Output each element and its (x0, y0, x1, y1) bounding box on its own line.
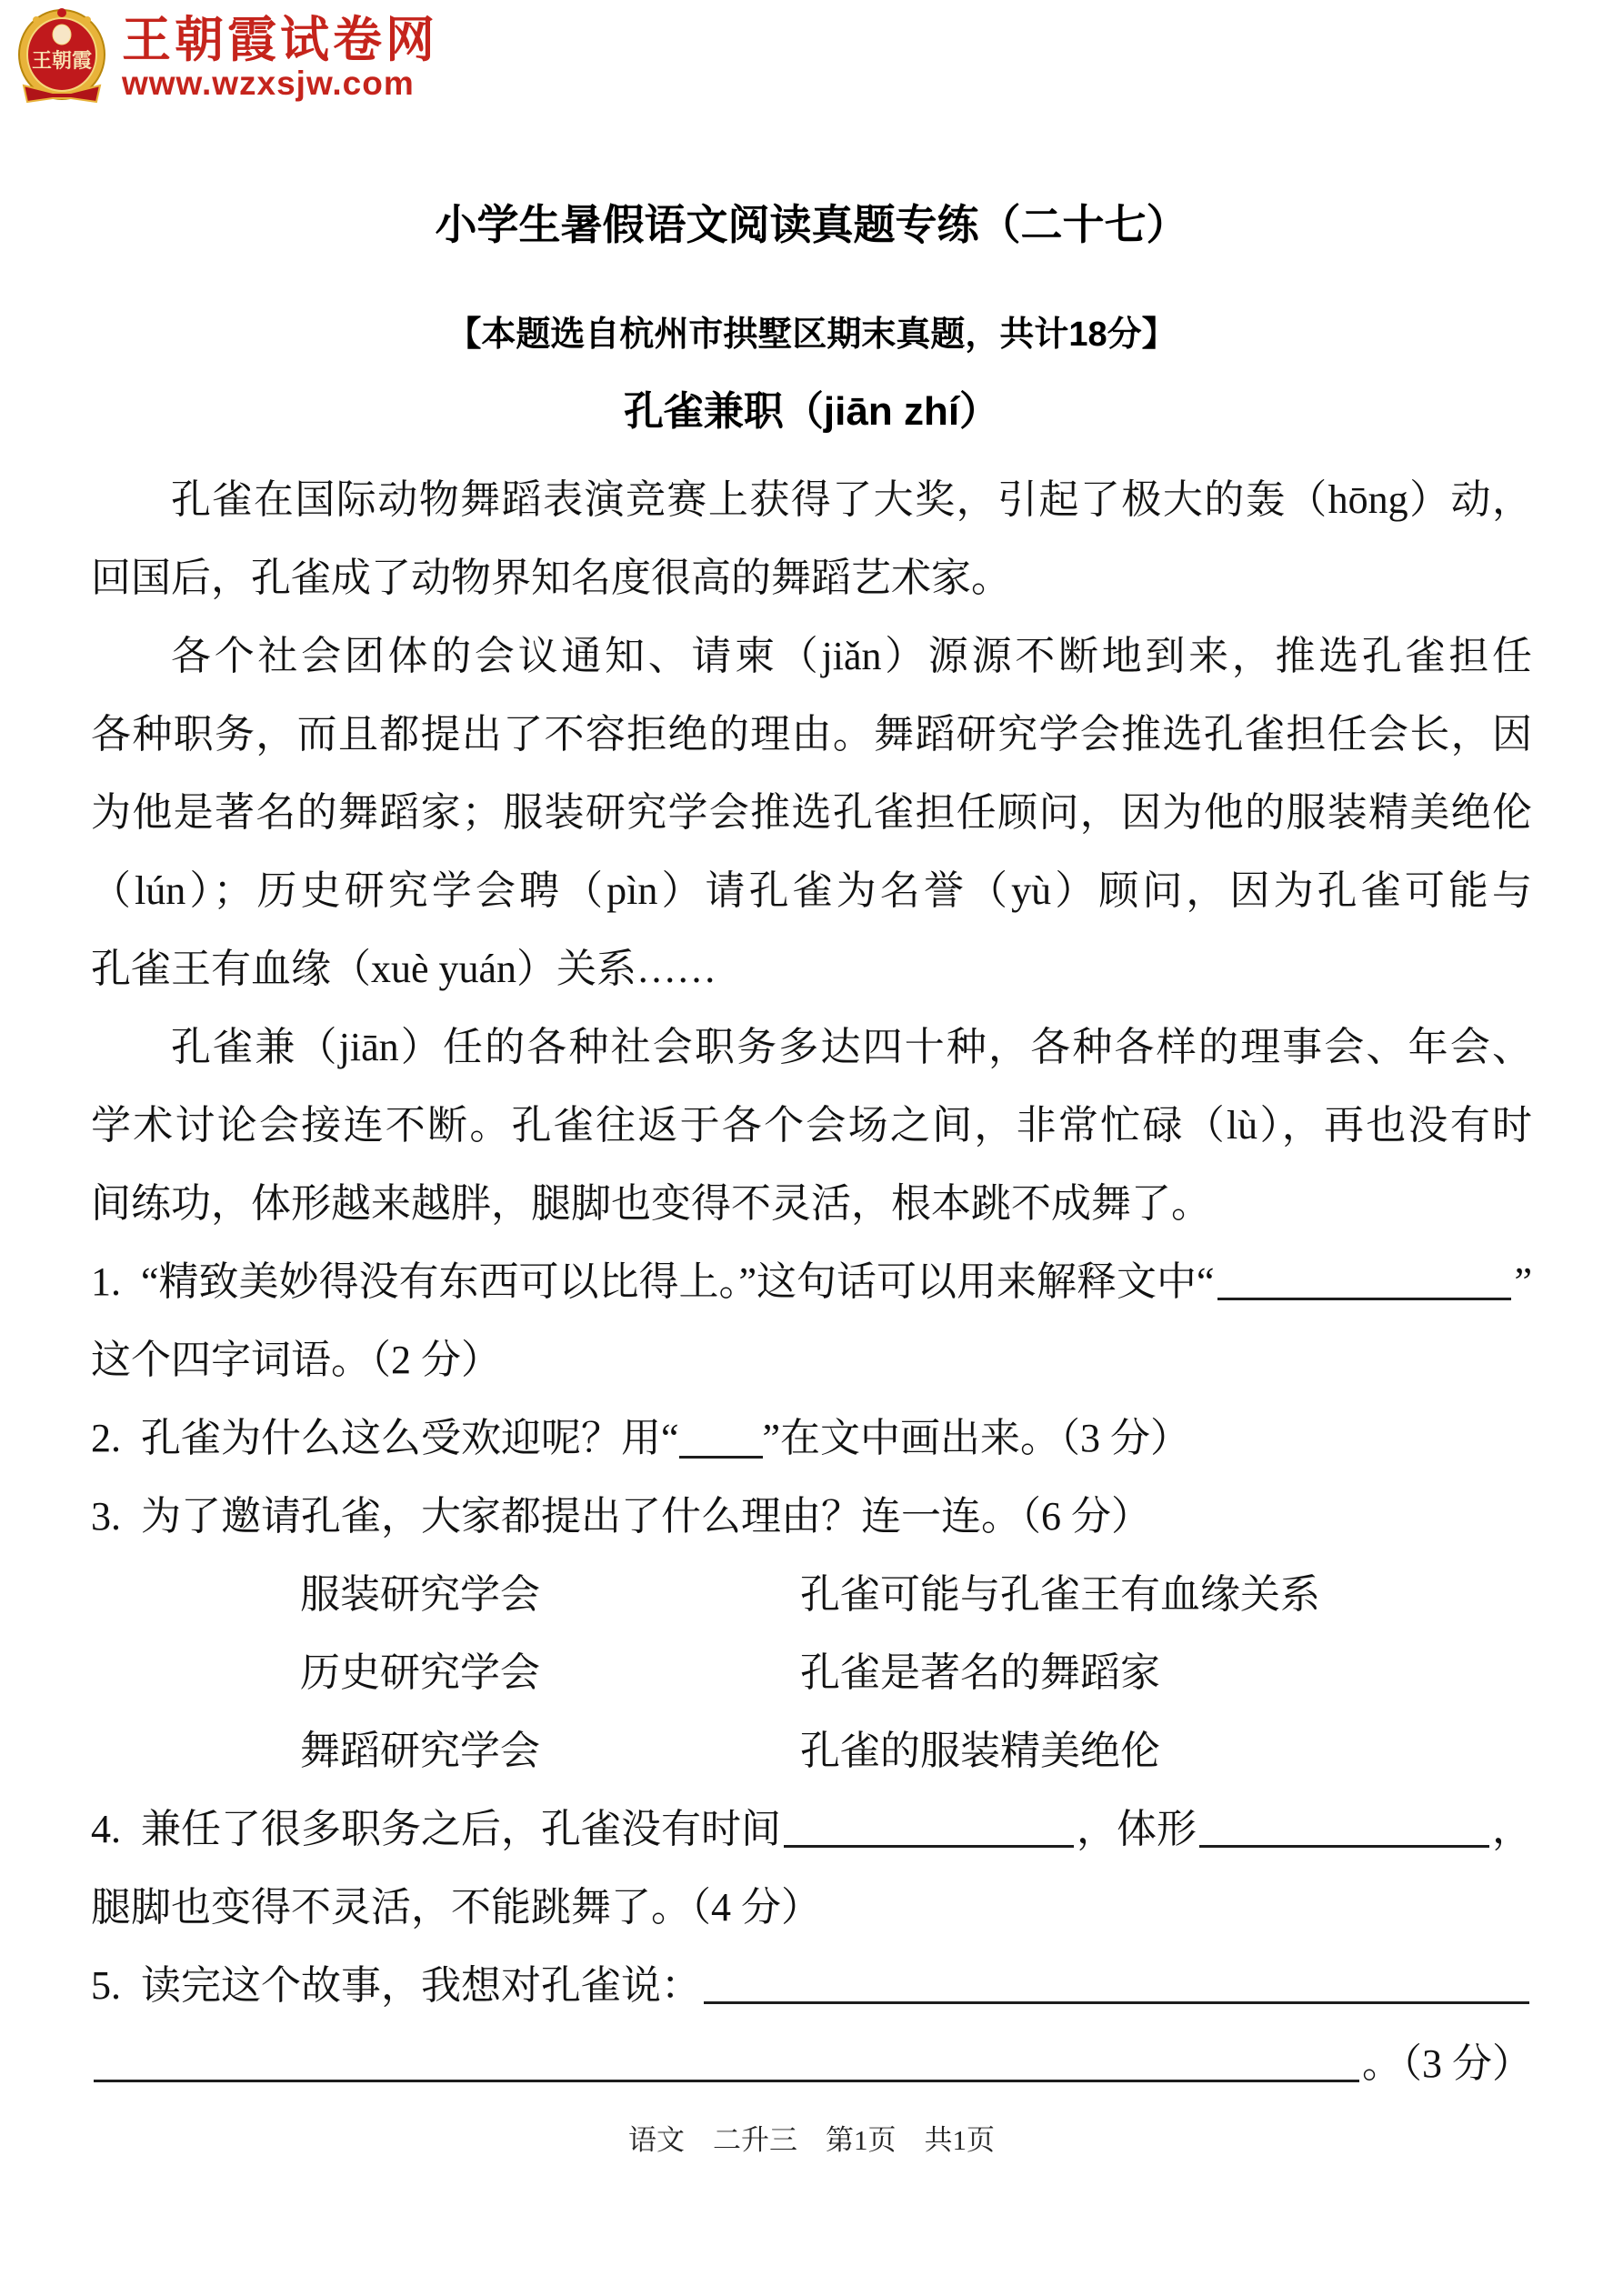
question-5-text: 5. 读完这个故事，我想对孔雀说： (91, 1947, 701, 2025)
match-right-item: 孔雀的服装精美绝伦 (800, 1712, 1532, 1790)
question-4-text-end: ， (1492, 1790, 1532, 1869)
match-right-item: 孔雀可能与孔雀王有血缘关系 (800, 1556, 1532, 1634)
article-line: 学术讨论会接连不断。孔雀往返于各个会场之间，非常忙碌（lù），再也没有时 (91, 1087, 1532, 1165)
question-5-continued: 。（3 分） (91, 2025, 1532, 2103)
page-title: 小学生暑假语文阅读真题专练（二十七） (91, 202, 1532, 248)
article-line: 各种职务，而且都提出了不容拒绝的理由。舞蹈研究学会推选孔雀担任会长，因 (91, 696, 1532, 774)
answer-blank (94, 2025, 1359, 2082)
brand-badge-icon: 王朝霞 (16, 7, 107, 110)
match-row: 舞蹈研究学会 孔雀的服装精美绝伦 (91, 1712, 1532, 1790)
question-1: 1. “精致美妙得没有东西可以比得上。”这句话可以用来解释文中“ ” (91, 1243, 1532, 1321)
match-left-item: 服装研究学会 (300, 1556, 800, 1634)
answer-blank (1199, 1790, 1489, 1848)
article-title: 孔雀兼职（jiān zhí） (91, 391, 1532, 433)
match-row: 历史研究学会 孔雀是著名的舞蹈家 (91, 1634, 1532, 1712)
question-4-continued: 腿脚也变得不灵活，不能跳舞了。（4 分） (91, 1869, 1532, 1947)
article-line: 孔雀兼（jiān）任的各种社会职务多达四十种，各种各样的理事会、年会、 (91, 1008, 1532, 1087)
worksheet-page: 小学生暑假语文阅读真题专练（二十七） 【本题选自杭州市拱墅区期末真题，共计18分… (0, 202, 1623, 2157)
question-2: 2. 孔雀为什么这么受欢迎呢？用“”在文中画出来。（3 分） (91, 1399, 1532, 1478)
source-note: 【本题选自杭州市拱墅区期末真题，共计18分】 (91, 317, 1532, 354)
article-line: 孔雀在国际动物舞蹈表演竞赛上获得了大奖，引起了极大的轰（hōng）动， (91, 461, 1532, 539)
article-line: 为他是著名的舞蹈家；服装研究学会推选孔雀担任顾问，因为他的服装精美绝伦 (91, 774, 1532, 852)
question-2-text-after: ”在文中画出来。（3 分） (763, 1416, 1191, 1460)
page-footer: 语文 二升三 第1页 共1页 (91, 2123, 1532, 2157)
match-right-item: 孔雀是著名的舞蹈家 (800, 1634, 1532, 1712)
question-5: 5. 读完这个故事，我想对孔雀说： (91, 1947, 1532, 2025)
site-header: 王朝霞 王朝霞试卷网 www.wzxsjw.com (16, 7, 438, 110)
svg-text:王朝霞: 王朝霞 (32, 49, 92, 72)
answer-blank (784, 1790, 1074, 1848)
article-line: 各个社会团体的会议通知、请柬（jiǎn）源源不断地到来，推选孔雀担任 (91, 617, 1532, 696)
site-name: 王朝霞试卷网 (122, 15, 438, 65)
answer-blank (1217, 1243, 1512, 1300)
question-4-text: 4. 兼任了很多职务之后，孔雀没有时间 (91, 1790, 781, 1869)
match-row: 服装研究学会 孔雀可能与孔雀王有血缘关系 (91, 1556, 1532, 1634)
question-3: 3. 为了邀请孔雀，大家都提出了什么理由？连一连。（6 分） (91, 1478, 1532, 1556)
article-and-questions: 孔雀在国际动物舞蹈表演竞赛上获得了大奖，引起了极大的轰（hōng）动， 回国后，… (91, 461, 1532, 2103)
match-left-item: 历史研究学会 (300, 1634, 800, 1712)
question-4-text-mid: ，体形 (1077, 1790, 1197, 1869)
answer-blank (679, 1452, 763, 1459)
question-5-score: 。（3 分） (1362, 2025, 1532, 2103)
match-left-item: 舞蹈研究学会 (300, 1712, 800, 1790)
question-1-continued: 这个四字词语。（2 分） (91, 1321, 1532, 1399)
question-2-text: 2. 孔雀为什么这么受欢迎呢？用“ (91, 1416, 679, 1460)
answer-blank (704, 1947, 1529, 2004)
site-url: www.wzxsjw.com (122, 65, 438, 103)
article-line: （lún）；历史研究学会聘（pìn）请孔雀为名誉（yù）顾问，因为孔雀可能与 (91, 852, 1532, 930)
article-line: 回国后，孔雀成了动物界知名度很高的舞蹈艺术家。 (91, 539, 1532, 617)
article-line: 孔雀王有血缘（xuè yuán）关系…… (91, 930, 1532, 1008)
question-1-text: 1. “精致美妙得没有东西可以比得上。”这句话可以用来解释文中“ (91, 1243, 1215, 1321)
article-line: 间练功，体形越来越胖，腿脚也变得不灵活，根本跳不成舞了。 (91, 1165, 1532, 1243)
question-4: 4. 兼任了很多职务之后，孔雀没有时间 ，体形 ， (91, 1790, 1532, 1869)
question-1-close-quote: ” (1514, 1243, 1532, 1321)
